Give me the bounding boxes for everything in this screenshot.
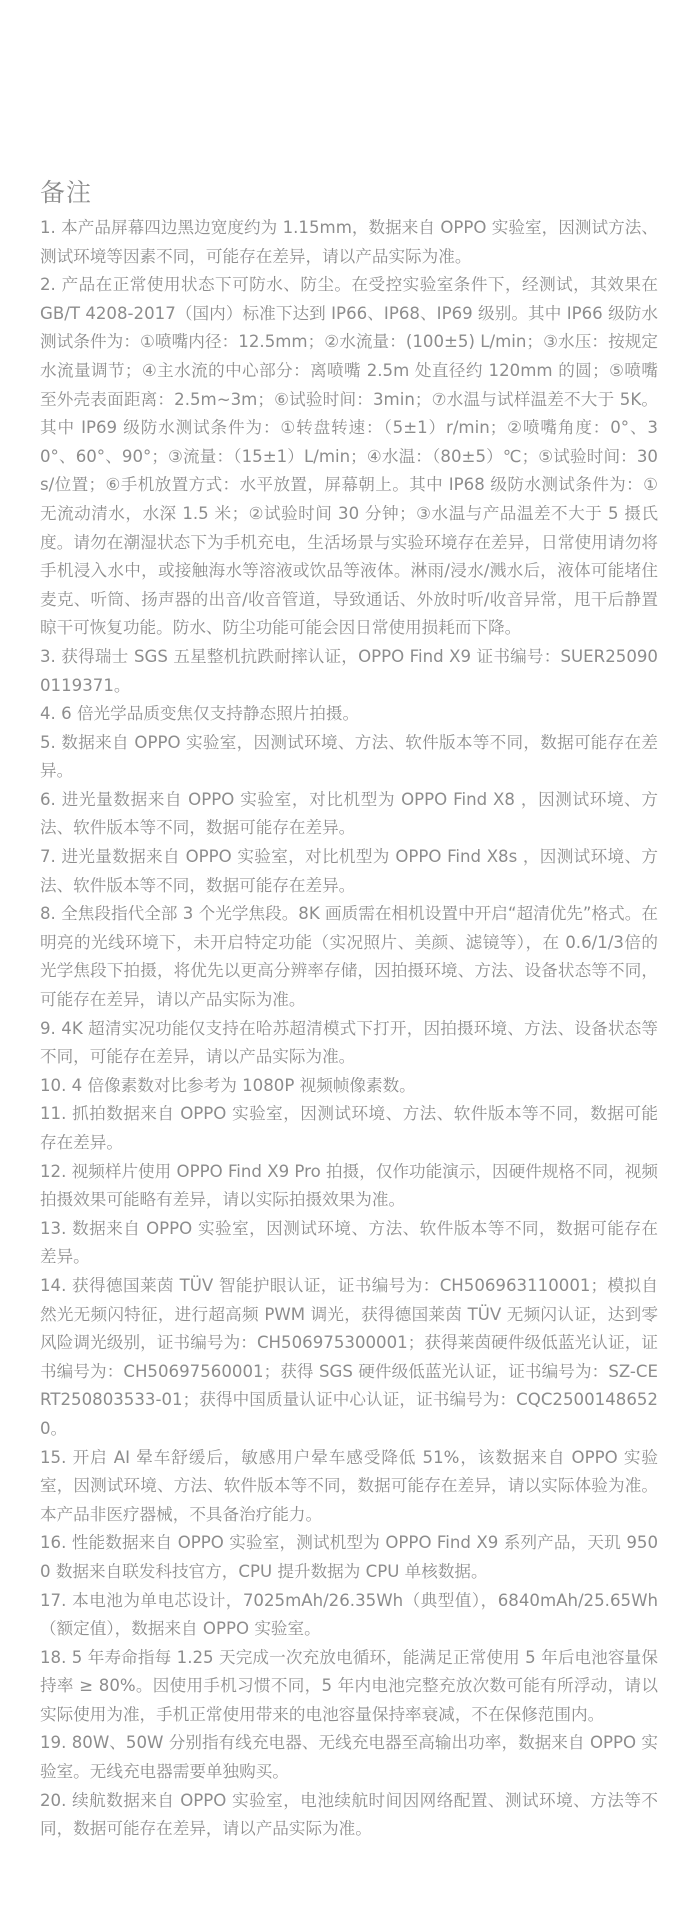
note-item-4: 4. 6 倍光学品质变焦仅支持静态照片拍摄。	[40, 700, 658, 729]
notes-section: 备注 1. 本产品屏幕四边黑边宽度约为 1.15mm，数据来自 OPPO 实验室…	[40, 176, 658, 1844]
note-item-12: 12. 视频样片使用 OPPO Find X9 Pro 拍摄，仅作功能演示，因硬…	[40, 1158, 658, 1215]
note-item-6: 6. 进光量数据来自 OPPO 实验室，对比机型为 OPPO Find X8 ，…	[40, 786, 658, 843]
notes-title: 备注	[40, 176, 658, 210]
note-item-17: 17. 本电池为单电芯设计，7025mAh/26.35Wh（典型值），6840m…	[40, 1587, 658, 1644]
note-item-7: 7. 进光量数据来自 OPPO 实验室，对比机型为 OPPO Find X8s …	[40, 843, 658, 900]
note-item-16: 16. 性能数据来自 OPPO 实验室，测试机型为 OPPO Find X9 系…	[40, 1529, 658, 1586]
note-item-2: 2. 产品在正常使用状态下可防水、防尘。在受控实验室条件下，经测试，其效果在 G…	[40, 271, 658, 643]
note-item-1: 1. 本产品屏幕四边黑边宽度约为 1.15mm，数据来自 OPPO 实验室，因测…	[40, 214, 658, 271]
note-item-9: 9. 4K 超清实况功能仅支持在哈苏超清模式下打开，因拍摄环境、方法、设备状态等…	[40, 1015, 658, 1072]
note-item-8: 8. 全焦段指代全部 3 个光学焦段。8K 画质需在相机设置中开启“超清优先”格…	[40, 900, 658, 1014]
note-item-14: 14. 获得德国莱茵 TÜV 智能护眼认证，证书编号为：CH5069631100…	[40, 1272, 658, 1444]
note-item-19: 19. 80W、50W 分别指有线充电器、无线充电器至高输出功率，数据来自 OP…	[40, 1729, 658, 1786]
note-item-13: 13. 数据来自 OPPO 实验室，因测试环境、方法、软件版本等不同，数据可能存…	[40, 1215, 658, 1272]
note-item-10: 10. 4 倍像素数对比参考为 1080P 视频帧像素数。	[40, 1072, 658, 1101]
note-item-11: 11. 抓拍数据来自 OPPO 实验室，因测试环境、方法、软件版本等不同，数据可…	[40, 1100, 658, 1157]
note-item-18: 18. 5 年寿命指每 1.25 天完成一次充放电循环，能满足正常使用 5 年后…	[40, 1644, 658, 1730]
note-item-3: 3. 获得瑞士 SGS 五星整机抗跌耐摔认证，OPPO Find X9 证书编号…	[40, 643, 658, 700]
notes-list: 1. 本产品屏幕四边黑边宽度约为 1.15mm，数据来自 OPPO 实验室，因测…	[40, 214, 658, 1844]
note-item-5: 5. 数据来自 OPPO 实验室，因测试环境、方法、软件版本等不同，数据可能存在…	[40, 729, 658, 786]
note-item-15: 15. 开启 AI 晕车舒缓后，敏感用户晕车感受降低 51%，该数据来自 OPP…	[40, 1444, 658, 1530]
note-item-20: 20. 续航数据来自 OPPO 实验室，电池续航时间因网络配置、测试环境、方法等…	[40, 1787, 658, 1844]
